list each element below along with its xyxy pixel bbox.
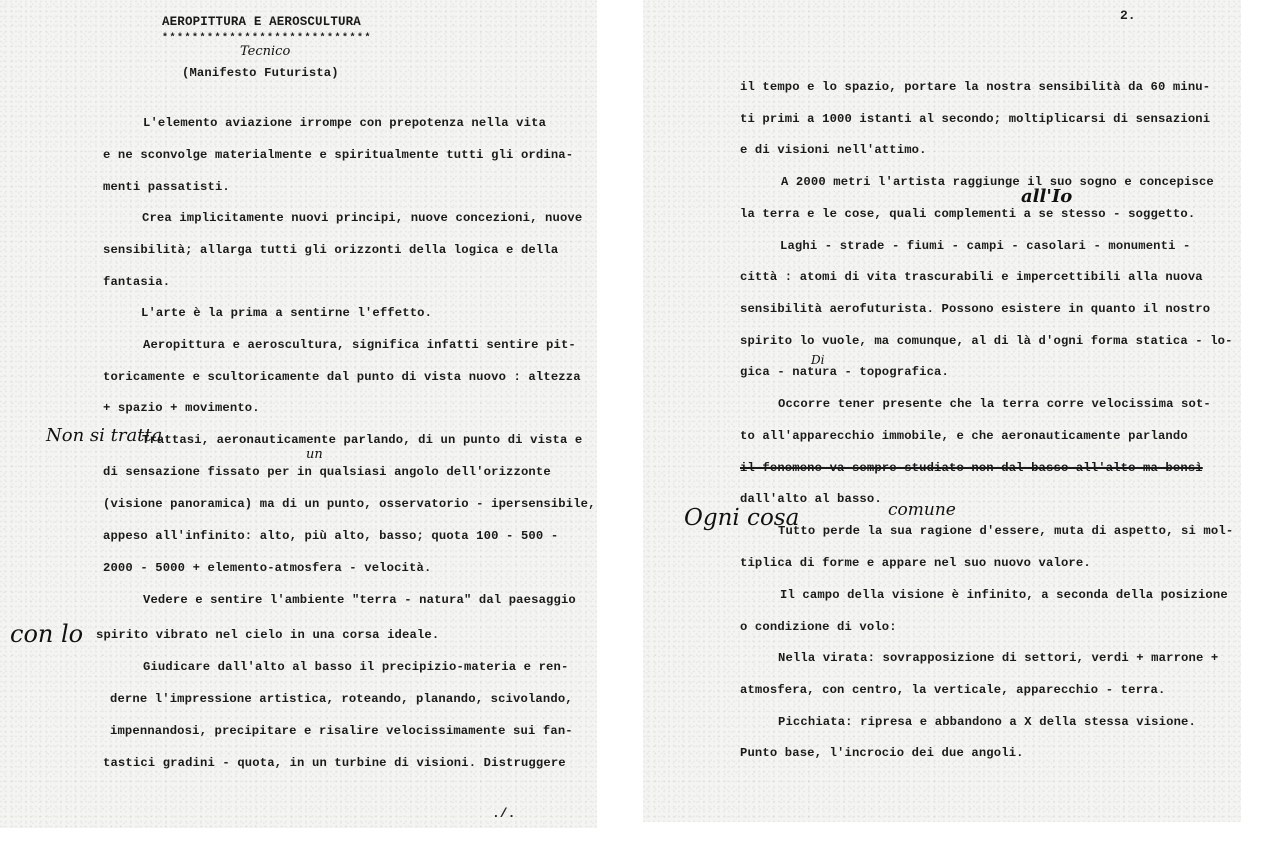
text-line: Punto base, l'incrocio dei due angoli.	[740, 746, 1024, 760]
text-line: + spazio + movimento.	[103, 401, 260, 415]
text-line: Picchiata: ripresa e abbandono a X della…	[778, 715, 1196, 729]
text-line: menti passatisti.	[103, 180, 230, 194]
text-line: fantasia.	[103, 275, 170, 289]
text-line: 2000 - 5000 + elemento-atmosfera - veloc…	[103, 561, 431, 575]
handwritten-un: un	[306, 447, 323, 462]
text-line: Vedere e sentire l'ambiente "terra - nat…	[143, 593, 576, 607]
text-line: e di visioni nell'attimo.	[740, 143, 927, 157]
text-line: Occorre tener presente che la terra corr…	[778, 397, 1211, 411]
text-line: ti primi a 1000 istanti al secondo; molt…	[740, 112, 1210, 126]
text-line: (visione panoramica) ma di un punto, oss…	[103, 497, 596, 511]
title-underline: ****************************	[162, 33, 372, 44]
document-title: AEROPITTURA E AEROSCULTURA	[162, 15, 361, 29]
handwritten-con-lo: con lo	[10, 620, 83, 648]
text-line: tastici gradini - quota, in un turbine d…	[103, 756, 566, 770]
manuscript-page-2: 2. il tempo e lo spazio, portare la nost…	[643, 0, 1241, 822]
page-number: 2.	[1120, 8, 1136, 23]
text-line: L'arte è la prima a sentirne l'effetto.	[141, 306, 432, 320]
handwritten-comune: comune	[888, 500, 956, 520]
text-line-with-strike: Trattasi, aeronauticamente parlando, di …	[142, 433, 582, 447]
text-line: atmosfera, con centro, la verticale, app…	[740, 683, 1165, 697]
text-line: gica - natura - topografica.	[740, 365, 949, 379]
handwritten-tecnico: Tecnico	[240, 44, 290, 59]
text-line: to all'apparecchio immobile, e che aeron…	[740, 429, 1188, 443]
text-line: derne l'impressione artistica, roteando,…	[110, 692, 573, 706]
text-line: impennandosi, precipitare e risalire vel…	[110, 724, 573, 738]
struck-text-line: il fenomeno va sempre studiato non dal b…	[740, 461, 1203, 475]
text-line: Giudicare dall'alto al basso il precipiz…	[143, 660, 568, 674]
text-line: L'elemento aviazione irrompe con prepote…	[143, 116, 546, 130]
text-line: sensibilità aerofuturista. Possono esist…	[740, 302, 1210, 316]
text-line: toricamente e scultoricamente dal punto …	[103, 370, 581, 384]
text-line: Crea implicitamente nuovi principi, nuov…	[142, 211, 582, 225]
text-line: Nella virata: sovrapposizione di settori…	[778, 651, 1218, 665]
text-line: Aeropittura e aeroscultura, significa in…	[143, 338, 576, 352]
page-number: ./.	[492, 806, 515, 821]
text-line: sensibilità; allarga tutti gli orizzonti…	[103, 243, 558, 257]
text-line: la terra e le cose, quali complementi a …	[740, 207, 1195, 221]
text-line: spirito lo vuole, ma comunque, al di là …	[740, 334, 1233, 348]
text-line: Trattasi, aeronauticamente parlando, di …	[142, 433, 582, 447]
text-line: il tempo e lo spazio, portare la nostra …	[740, 80, 1210, 94]
document-subtitle: (Manifesto Futurista)	[182, 66, 339, 80]
text-line: Il campo della visione è infinito, a sec…	[780, 588, 1228, 602]
text-line: Laghi - strade - fiumi - campi - casolar…	[780, 239, 1191, 253]
text-line: città : atomi di vita trascurabili e imp…	[740, 270, 1203, 284]
manuscript-page-1: AEROPITTURA E AEROSCULTURA *************…	[0, 0, 597, 828]
text-line: spirito vibrato nel cielo in una corsa i…	[96, 628, 439, 642]
text-line: Tutto perde la sua ragione d'essere, mut…	[778, 524, 1233, 538]
text-line: o condizione di volo:	[740, 620, 897, 634]
text-line: appeso all'infinito: alto, più alto, bas…	[103, 529, 558, 543]
text-line: tiplica di forme e appare nel suo nuovo …	[740, 556, 1091, 570]
handwritten-all-io: all'Io	[1021, 186, 1072, 207]
text-line: e ne sconvolge materialmente e spiritual…	[103, 148, 573, 162]
text-line: di sensazione fissato per in qualsiasi a…	[103, 465, 551, 479]
text-line: dall'alto al basso.	[740, 492, 882, 506]
text-line: A 2000 metri l'artista raggiunge il suo …	[781, 175, 1214, 189]
